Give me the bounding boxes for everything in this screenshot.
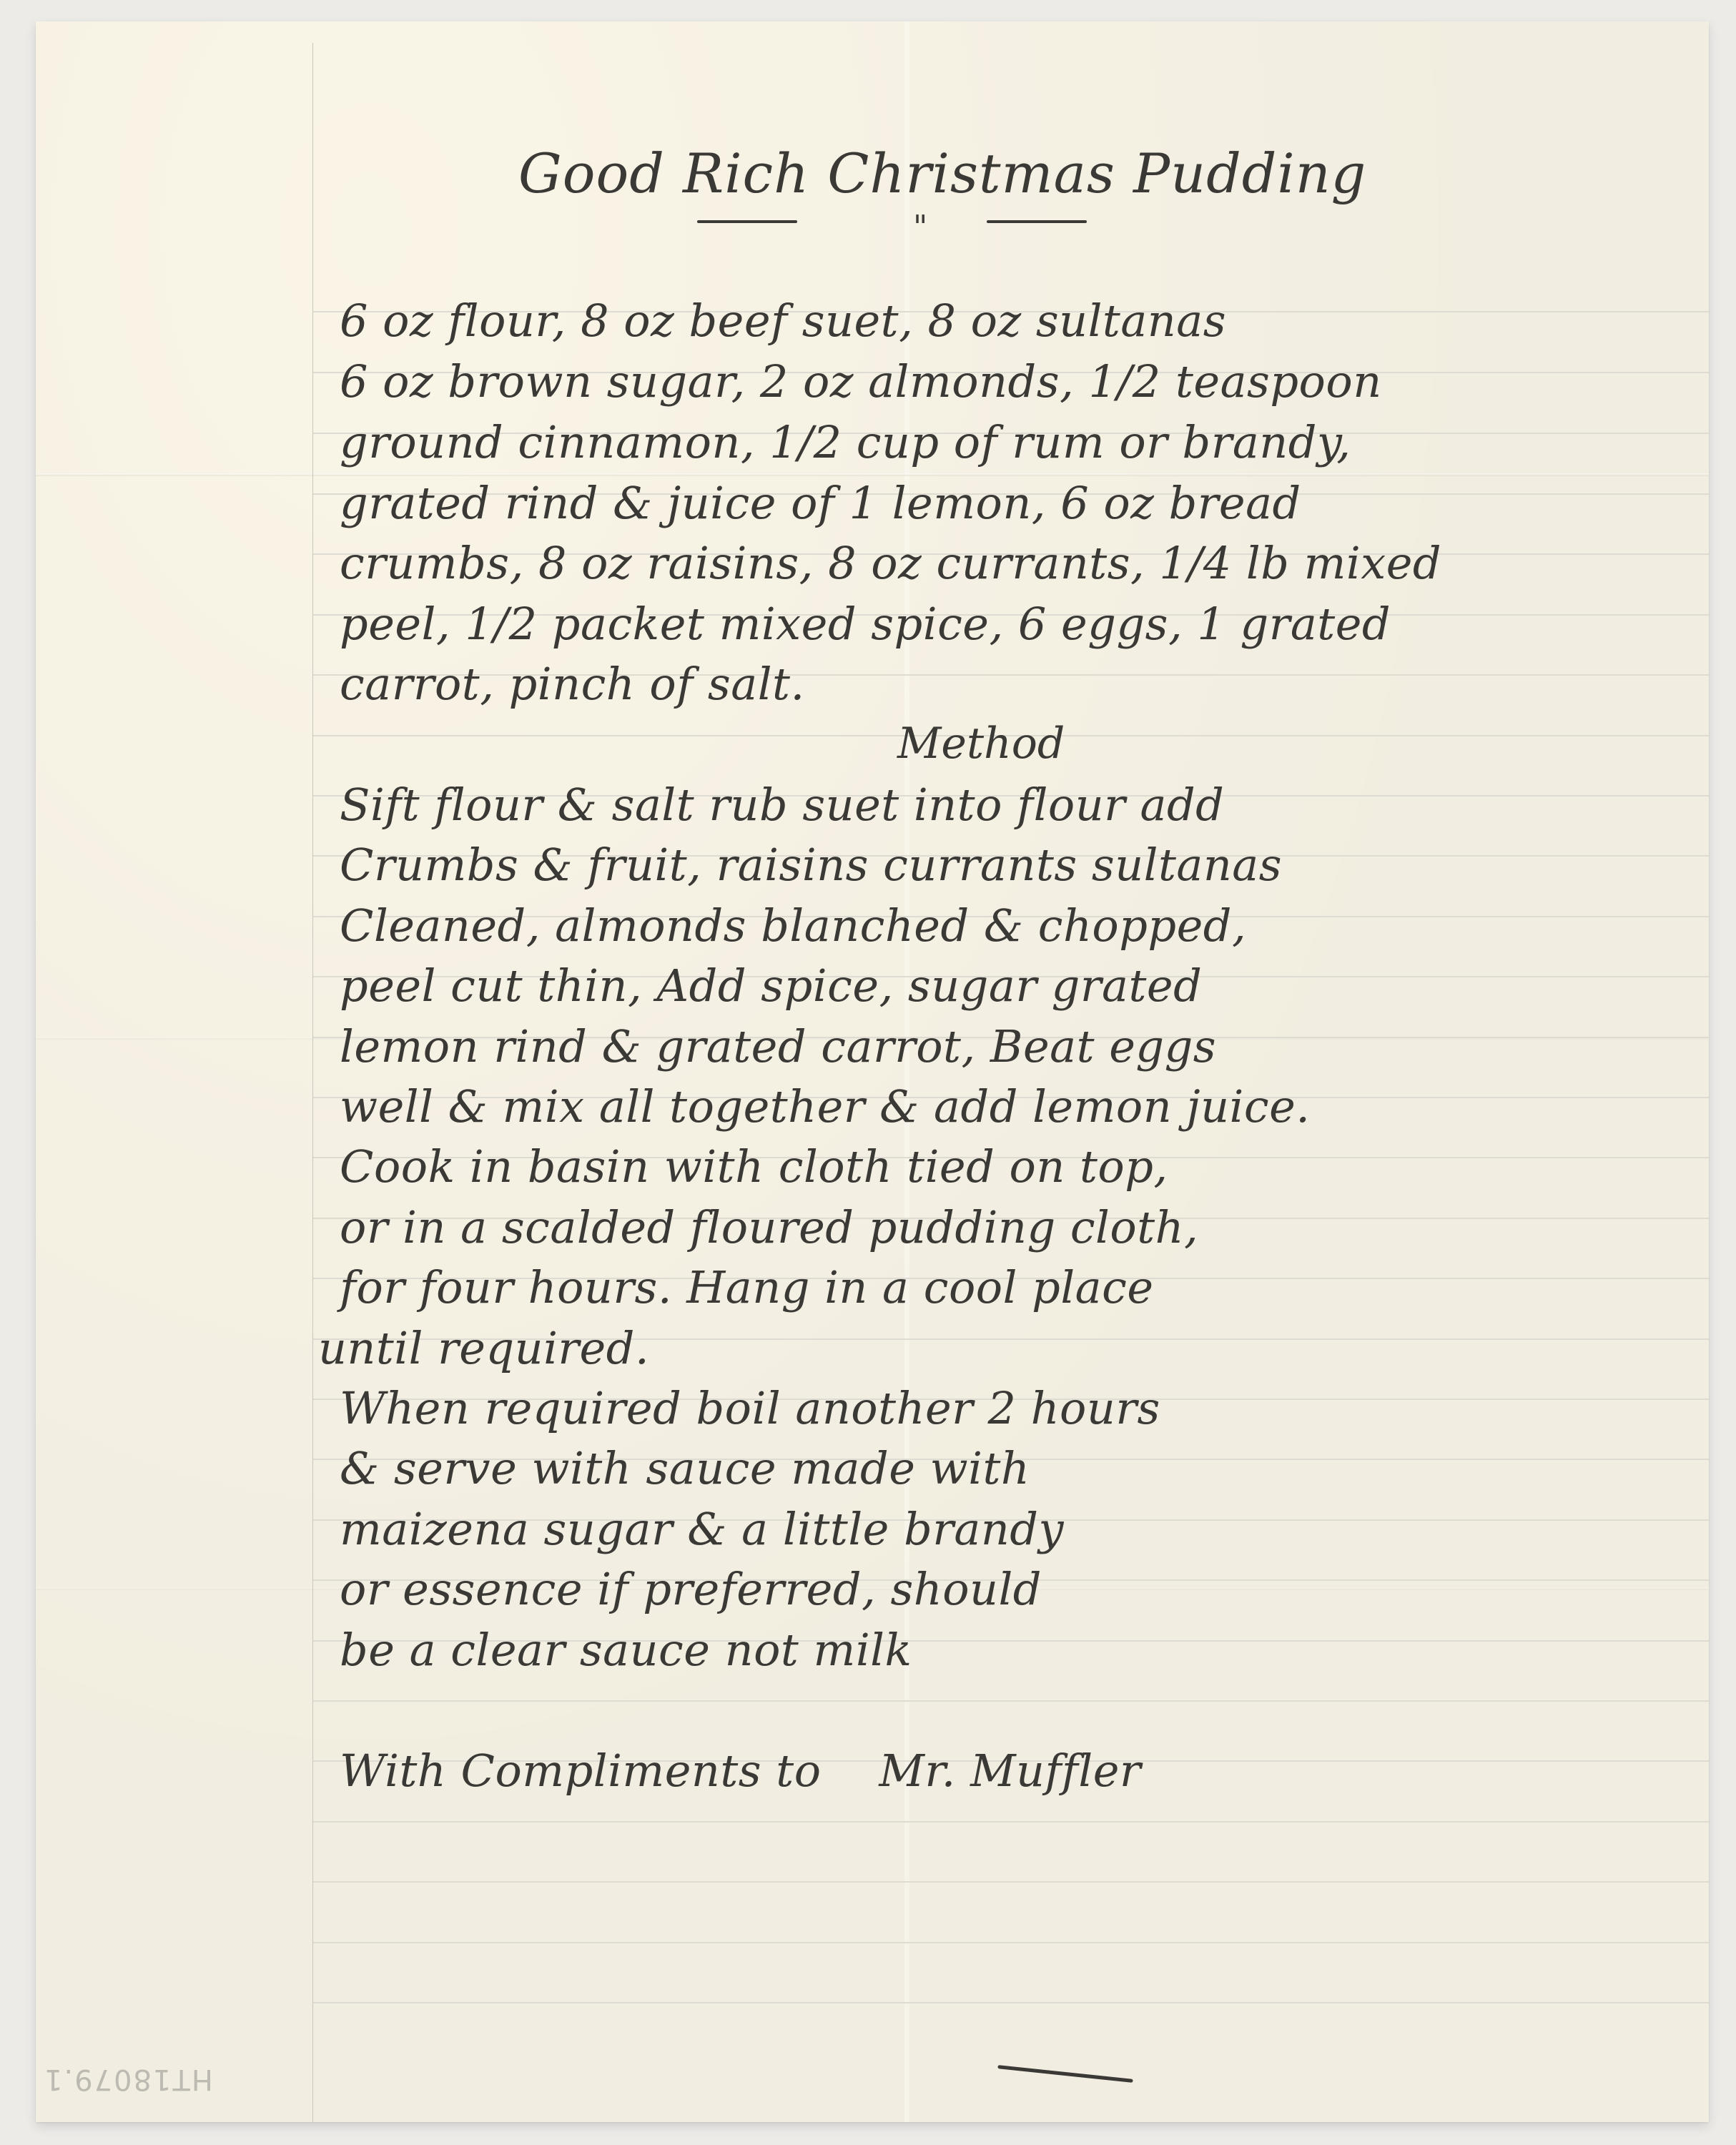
ingredients-line: 6 oz brown sugar, 2 oz almonds, 1/2 teas… (340, 355, 1382, 408)
serving-line: maizena sugar & a little brandy (340, 1503, 1064, 1555)
serving-line: or essence if preferred, should (340, 1563, 1042, 1615)
ruled-line (313, 2002, 1709, 2003)
method-line: well & mix all together & add lemon juic… (340, 1080, 1310, 1133)
ruled-line (313, 1700, 1709, 1702)
ruled-line (313, 1821, 1709, 1823)
ingredients-line: peel, 1/2 packet mixed spice, 6 eggs, 1 … (340, 598, 1391, 650)
method-line: Sift flour & salt rub suet into flour ad… (340, 779, 1224, 831)
method-line: for four hours. Hang in a cool place (340, 1261, 1154, 1313)
method-line: Cleaned, almonds blanched & chopped, (340, 899, 1246, 952)
paper-sheet: Good Rich Christmas Pudding " 6 oz flour… (36, 21, 1709, 2122)
horizontal-fold-crease (36, 473, 1709, 476)
method-line: or in a scalded floured pudding cloth, (340, 1201, 1198, 1253)
serving-line: When required boil another 2 hours (340, 1382, 1160, 1434)
title-underline (697, 220, 797, 223)
ruled-line (313, 1942, 1709, 1943)
pencil-archive-reference: HT18079.1 (43, 2063, 213, 2096)
method-line: Cook in basin with cloth tied on top, (340, 1140, 1168, 1193)
method-line: until required. (318, 1322, 649, 1374)
ruled-line (313, 1881, 1709, 1883)
method-line: lemon rind & grated carrot, Beat eggs (340, 1020, 1216, 1072)
ingredients-line: crumbs, 8 oz raisins, 8 oz currants, 1/4… (340, 537, 1441, 589)
ingredients-line: carrot, pinch of salt. (340, 658, 805, 710)
method-heading: Method (897, 719, 1065, 769)
method-line: Crumbs & fruit, raisins currants sultana… (340, 839, 1282, 891)
margin-line (312, 43, 313, 2122)
recipe-title: Good Rich Christmas Pudding (518, 142, 1448, 205)
serving-line: & serve with sauce made with (340, 1442, 1030, 1494)
ingredients-line: 6 oz flour, 8 oz beef suet, 8 oz sultana… (340, 295, 1226, 347)
method-line: peel cut thin, Add spice, sugar grated (340, 960, 1202, 1012)
ditto-mark: " (913, 209, 927, 245)
ingredients-line: grated rind & juice of 1 lemon, 6 oz bre… (340, 477, 1301, 529)
ingredients-line: ground cinnamon, 1/2 cup of rum or brand… (340, 416, 1351, 468)
closing-compliments: With Compliments to Mr. Muffler (340, 1745, 1141, 1797)
title-underline (987, 220, 1087, 223)
serving-line: be a clear sauce not milk (340, 1624, 912, 1676)
signature-flourish (997, 2065, 1133, 2083)
